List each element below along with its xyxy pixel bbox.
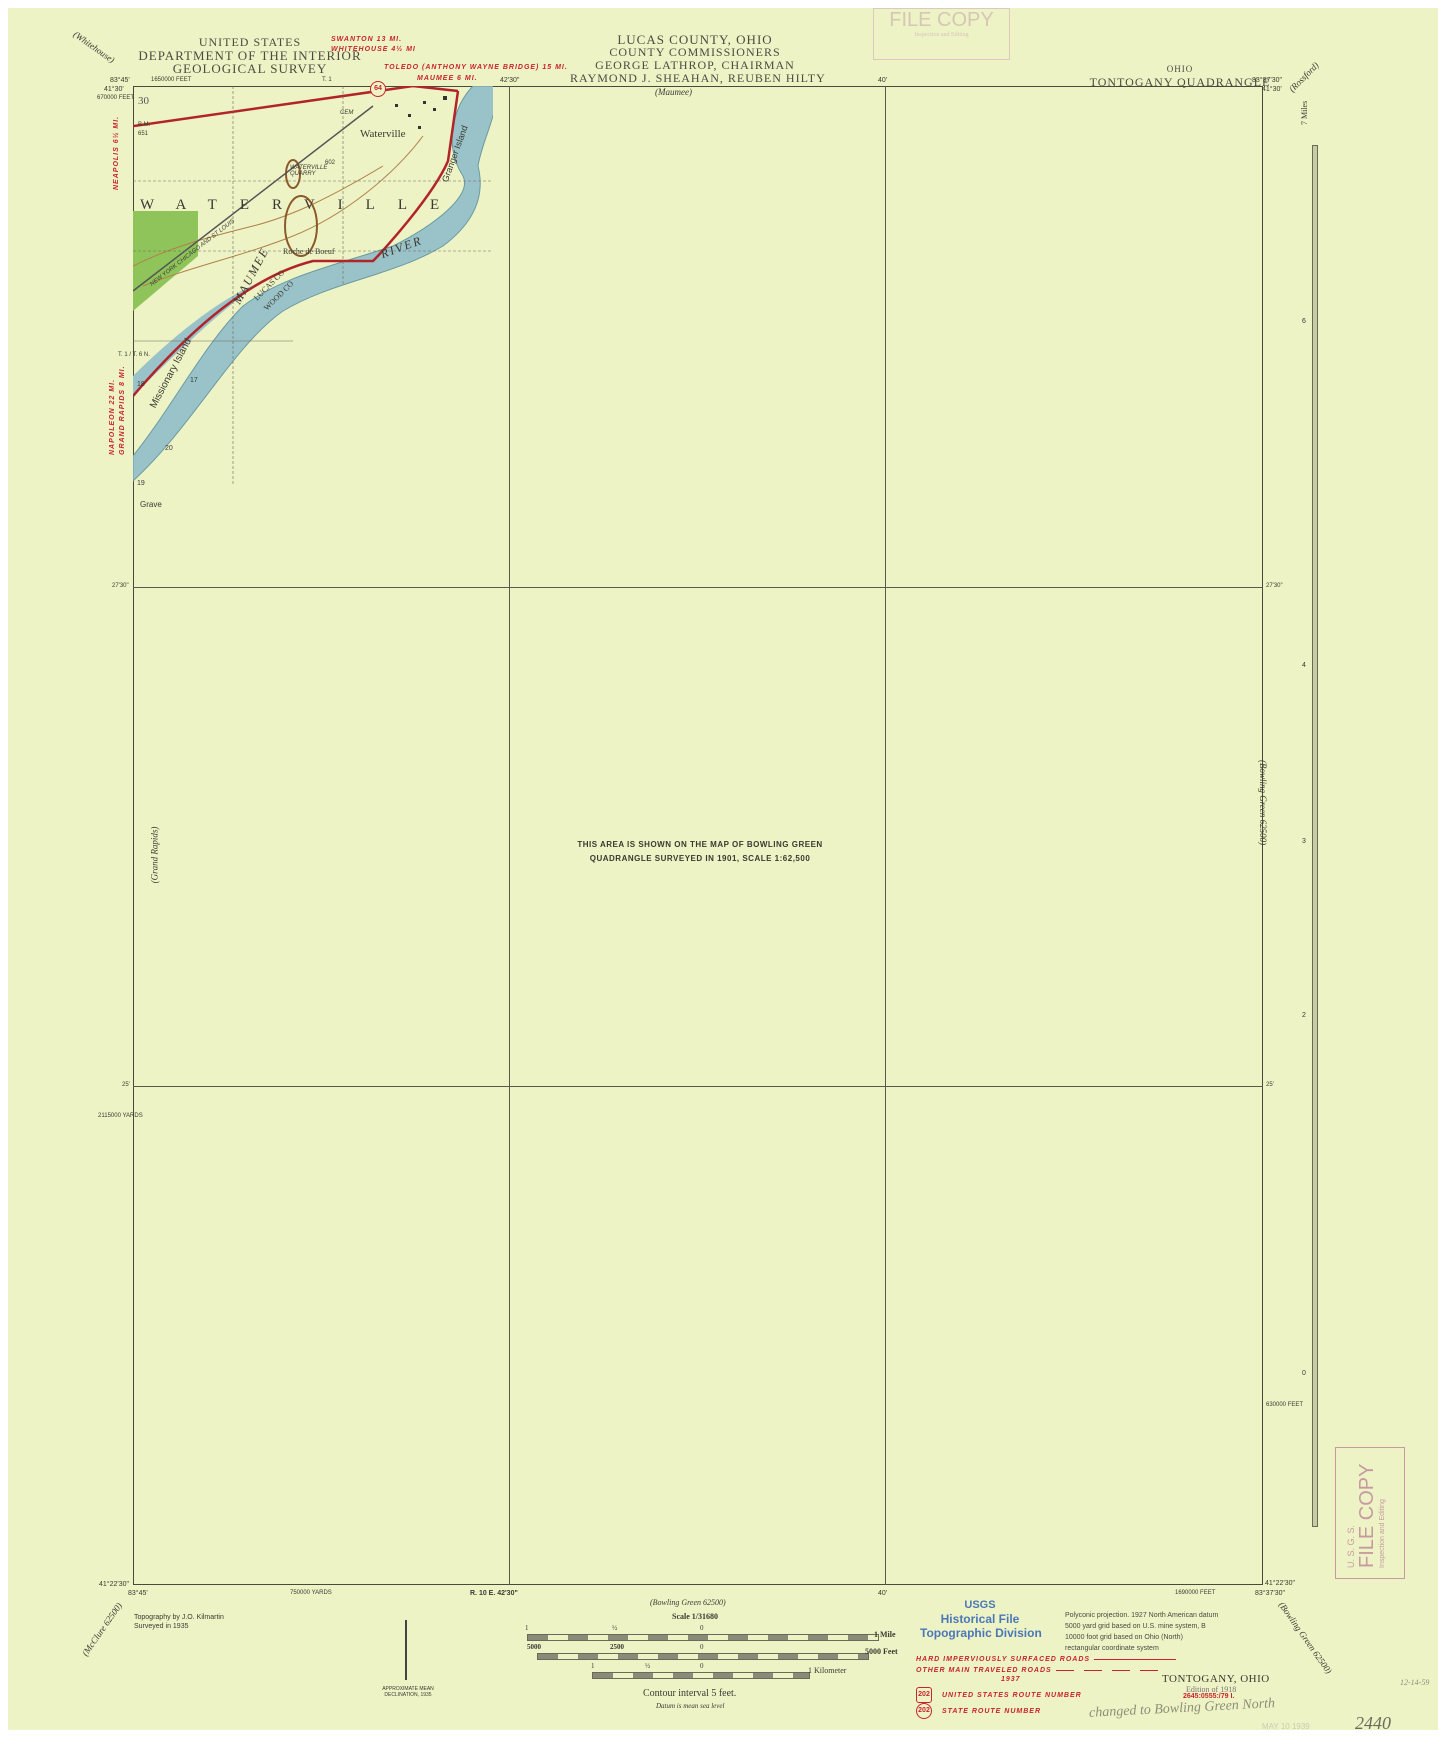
side-scale-3: 3 [1302, 838, 1306, 845]
side-mileage-scale [1312, 145, 1318, 1527]
left-tick-feet: 670000 FEET [97, 95, 134, 101]
right-tick-27-30: 27'30" [1266, 583, 1283, 589]
survey-credits: Topography by J.O. Kilmartin Surveyed in… [134, 1613, 224, 1631]
road-dest-neapolis: NEAPOLIS 6½ MI. [113, 116, 120, 190]
us-route-shield-icon: 202 [916, 1687, 932, 1703]
nw-lon: 83°45' [110, 77, 130, 84]
road-dest-swanton: SWANTON 13 MI. [331, 36, 402, 43]
scale-miles-left: 1 [525, 1624, 529, 1632]
road-dest-maumee: MAUMEE 6 MI. [417, 75, 478, 82]
bottom-tick-40: 40' [878, 1590, 887, 1597]
legend-other-roads: OTHER MAIN TRAVELED ROADS [916, 1665, 1176, 1676]
side-scale-label: 7 Miles [1300, 101, 1309, 125]
date-stamp: MAY 10 1939 [1262, 1722, 1310, 1731]
side-scale-4: 4 [1302, 662, 1306, 669]
handwritten-date: 12-14-59 [1400, 1678, 1429, 1687]
file-copy-stamp-top: FILE COPY Inspection and Editing [873, 8, 1010, 60]
maumee-river [133, 86, 493, 481]
elevation-651: 651 [138, 131, 148, 137]
county-block: LUCAS COUNTY, OHIO COUNTY COMMISSIONERS … [570, 33, 820, 85]
nw-lat: 41°30' [104, 86, 124, 93]
datum-note: Datum is mean sea level [656, 1702, 724, 1710]
side-scale-6: 6 [1302, 318, 1306, 325]
grid-line-25 [133, 1086, 1263, 1087]
ne-lat: 41°30' [1262, 86, 1282, 93]
bottom-tick-range: R. 10 E. 42'30" [470, 1590, 518, 1597]
road-dest-toledo: TOLEDO (ANTHONY WAYNE BRIDGE) 15 MI. [384, 64, 568, 71]
se-lat: 41°22'30" [1265, 1580, 1295, 1587]
adjacent-quad-w: (Grand Rapids) [149, 827, 159, 884]
scale-miles-right: 1 Mile [874, 1630, 896, 1639]
bottom-tick-feet: 1690000 FEET [1175, 1590, 1215, 1596]
declination-arrow [405, 1620, 407, 1680]
cemetery-label: CEM [340, 110, 353, 116]
grid-line-27-30 [133, 587, 1263, 588]
declination-label: APPROXIMATE MEAN DECLINATION, 1935 [373, 1686, 443, 1698]
handwritten-number: 2440 [1355, 1713, 1391, 1734]
legend-solid-line [1094, 1659, 1176, 1661]
section-18: 18 [137, 381, 145, 388]
top-tick-42-30: 42'30" [500, 77, 519, 84]
scale-km-left: 1 [591, 1662, 595, 1670]
place-roche-de-boeuf: Roche de Boeuf [283, 248, 335, 256]
sw-lat: 41°22'30" [99, 1581, 129, 1588]
scale-feet-right: 5000 Feet [865, 1647, 898, 1656]
adjacent-quad-e: (Bowling Green 62500) [1258, 760, 1268, 845]
side-scale-2: 2 [1302, 1012, 1306, 1019]
scale-feet-zero: 0 [700, 1643, 704, 1651]
section-17: 17 [190, 377, 198, 384]
county-line-4: RAYMOND J. SHEAHAN, REUBEN HILTY [570, 72, 820, 85]
top-tick-feet: 1650000 FEET [151, 77, 191, 83]
side-scale-0: 0 [1302, 1370, 1306, 1377]
right-tick-feet: 630000 FEET [1266, 1402, 1303, 1408]
adjacent-quad-s: (Bowling Green 62500) [650, 1598, 726, 1607]
left-tick-yards: 2115000 YARDS [98, 1113, 143, 1119]
right-tick-25: 25' [1266, 1082, 1274, 1088]
footer-quad-name: TONTOGANY, OHIO [1162, 1673, 1270, 1685]
topographic-map-detail [133, 86, 493, 536]
sw-lon: 83°45' [128, 1590, 148, 1597]
scale-bar-km [592, 1672, 810, 1679]
state-route-shield-64: 64 [370, 81, 386, 97]
left-tick-25: 25' [122, 1082, 130, 1088]
road-dest-napoleon: NAPOLEON 22 MI. [109, 379, 116, 455]
scale-bar-miles [527, 1634, 879, 1641]
legend-year: 1937 [916, 1676, 1176, 1687]
se-lon: 83°37'30" [1255, 1590, 1285, 1597]
projection-notes: Polyconic projection. 1927 North America… [1065, 1610, 1218, 1654]
legend-us-route: 202 UNITED STATES ROUTE NUMBER [916, 1687, 1176, 1703]
scale-feet-mid: 2500 [610, 1643, 624, 1651]
top-tick-t1: T. 1 [322, 77, 332, 83]
scale-miles-zero: 0 [700, 1624, 704, 1632]
file-copy-stamp-right: U. S. G. S. FILE COPY Inspection and Edi… [1335, 1447, 1405, 1579]
section-30: 30 [138, 95, 149, 107]
state-route-shield-icon: 202 [916, 1703, 932, 1719]
top-tick-40: 40' [878, 77, 887, 84]
town-waterville: Waterville [360, 128, 406, 140]
scale-miles-mid: ½ [612, 1624, 617, 1632]
grid-line-42-30 [509, 86, 510, 1585]
bottom-tick-yards: 750000 YARDS [290, 1590, 332, 1596]
ne-lon: 83°37'30" [1252, 77, 1282, 84]
center-note: THIS AREA IS SHOWN ON THE MAP OF BOWLING… [520, 838, 880, 866]
neapolis-road [133, 86, 458, 129]
quarry-label: WATERVILLE QUARRY [290, 165, 350, 177]
grid-line-40 [885, 86, 886, 1585]
scale-km-zero: 0 [700, 1662, 704, 1670]
scale-km-mid: ½ [645, 1662, 650, 1670]
scale-title: Scale 1/31680 [672, 1612, 718, 1621]
contour-interval: Contour interval 5 feet. [643, 1688, 736, 1699]
scale-km-right: 1 Kilometer [808, 1666, 846, 1675]
bm-label: B.M. [138, 122, 150, 128]
left-tick-27-30: 27'30" [112, 583, 129, 589]
scale-bar-feet [537, 1653, 869, 1660]
scale-feet-left: 5000 [527, 1643, 541, 1651]
usgs-historical-stamp: USGS Historical File Topographic Divisio… [920, 1598, 1040, 1640]
place-grave: Grave [140, 500, 162, 509]
legend-hard-roads: HARD IMPERVIOUSLY SURFACED ROADS [916, 1654, 1176, 1665]
agency-line-3: GEOLOGICAL SURVEY [125, 62, 375, 75]
road-dest-grand-rapids: GRAND RAPIDS 8 MI. [119, 365, 126, 455]
township-waterville: WATERVILLE [140, 197, 462, 214]
road-dest-whitehouse: WHITEHOUSE 4½ MI [331, 46, 416, 53]
legend-dashed-line [1056, 1670, 1166, 1672]
section-19: 19 [137, 480, 145, 487]
section-20: 20 [165, 445, 173, 452]
